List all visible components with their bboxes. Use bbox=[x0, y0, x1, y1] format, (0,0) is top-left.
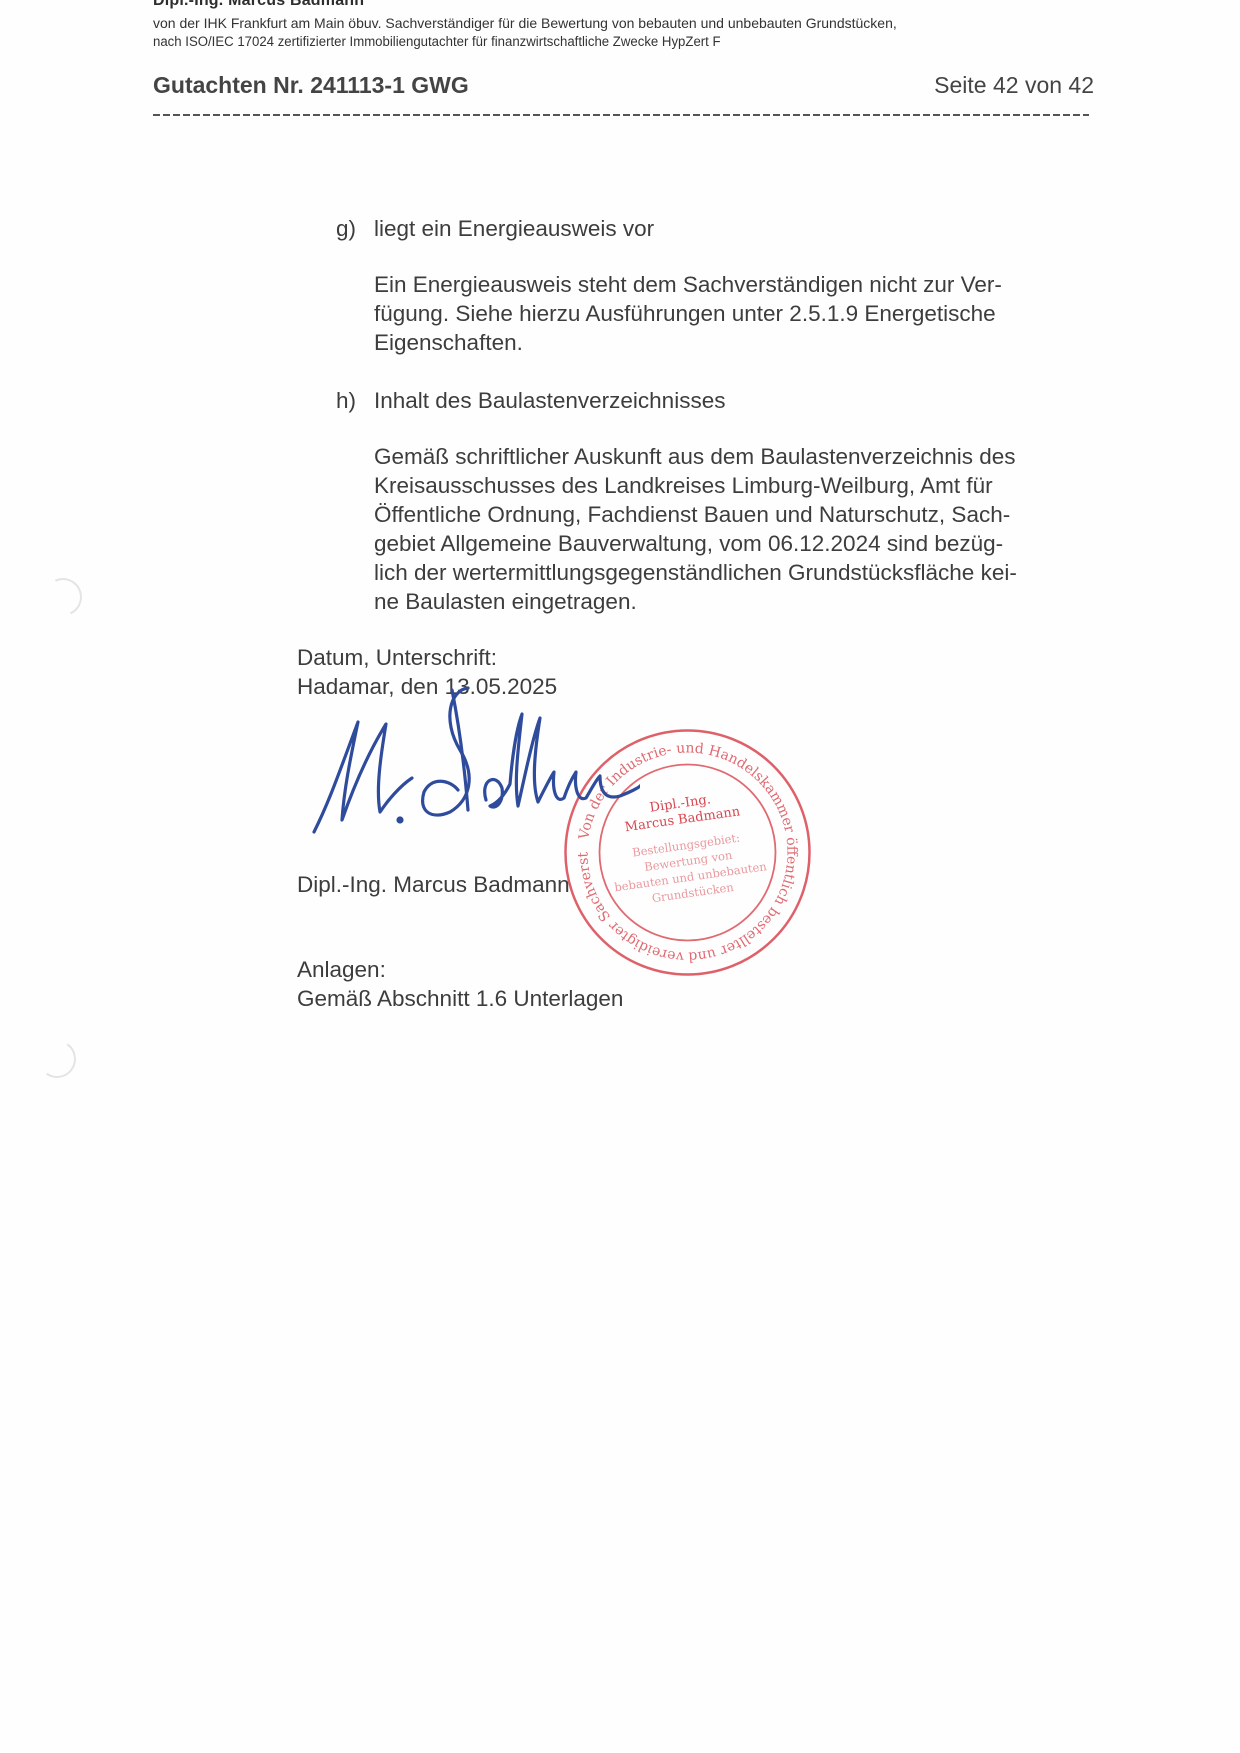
letterhead-line-2: nach ISO/IEC 17024 zertifizierter Immobi… bbox=[153, 34, 721, 50]
paragraph-line: lich der wertermittlungsgegenständlichen… bbox=[374, 558, 1094, 587]
section-h-heading: Inhalt des Baulastenverzeichnisses bbox=[374, 388, 725, 414]
attachments-block: Anlagen: Gemäß Abschnitt 1.6 Unterlagen bbox=[297, 955, 623, 1013]
paragraph-line: Ein Energieausweis steht dem Sachverstän… bbox=[374, 270, 1094, 299]
paragraph-line: Eigenschaften. bbox=[374, 328, 1094, 357]
section-g-heading: liegt ein Energieausweis vor bbox=[374, 216, 654, 242]
paragraph-line: ne Baulasten eingetragen. bbox=[374, 587, 1094, 616]
document-page: Dipl.-Ing. Marcus Badmann von der IHK Fr… bbox=[0, 0, 1240, 1753]
punch-hole-mark bbox=[35, 1037, 79, 1081]
signer-name: Dipl.-Ing. Marcus Badmann bbox=[297, 870, 570, 899]
letterhead-name: Dipl.-Ing. Marcus Badmann bbox=[153, 0, 364, 10]
header-divider bbox=[153, 114, 1089, 116]
paragraph-line: fügung. Siehe hierzu Ausführungen unter … bbox=[374, 299, 1094, 328]
punch-hole-mark bbox=[39, 573, 88, 622]
paragraph-line: Öffentliche Ordnung, Fachdienst Bauen un… bbox=[374, 500, 1094, 529]
paragraph-line: Kreisausschusses des Landkreises Limburg… bbox=[374, 471, 1094, 500]
section-g-paragraph: Ein Energieausweis steht dem Sachverstän… bbox=[374, 270, 1094, 357]
section-g-marker: g) bbox=[336, 216, 356, 242]
signer-name-text: Dipl.-Ing. Marcus Badmann bbox=[297, 870, 570, 899]
page-number: Seite 42 von 42 bbox=[934, 72, 1094, 99]
date-label: Datum, Unterschrift: bbox=[297, 643, 557, 672]
paragraph-line: Gemäß schriftlicher Auskunft aus dem Bau… bbox=[374, 442, 1094, 471]
handwritten-signature bbox=[300, 680, 640, 850]
attachments-text: Gemäß Abschnitt 1.6 Unterlagen bbox=[297, 984, 623, 1013]
paragraph-line: gebiet Allgemeine Bauverwaltung, vom 06.… bbox=[374, 529, 1094, 558]
letterhead-line-1: von der IHK Frankfurt am Main öbuv. Sach… bbox=[153, 15, 897, 31]
section-h-paragraph: Gemäß schriftlicher Auskunft aus dem Bau… bbox=[374, 442, 1094, 616]
section-h-marker: h) bbox=[336, 388, 356, 414]
report-title: Gutachten Nr. 241113-1 GWG bbox=[153, 72, 469, 99]
attachments-label: Anlagen: bbox=[297, 955, 623, 984]
